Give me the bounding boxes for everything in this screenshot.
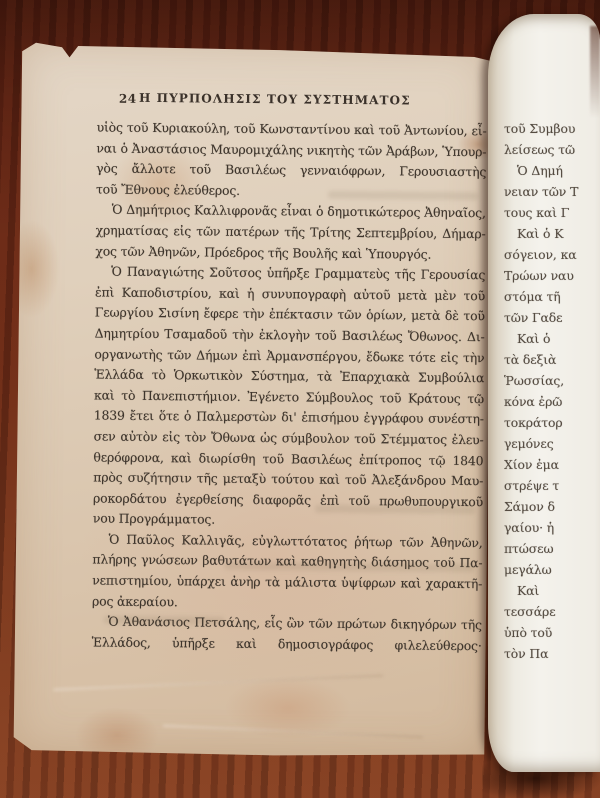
fragment-line: μεγάλω	[504, 559, 600, 580]
fragment-line: Ῥωσσίας,	[504, 370, 600, 391]
fragment-line: τοῦ Συμβου	[504, 118, 600, 139]
fragment-line: σόγειον, κα	[504, 244, 600, 265]
fragment-line: τους καὶ Γ	[504, 202, 600, 223]
text-line: Ἑλλάδος, ὑπῆρξε καὶ δημοσιογράφος φιλελε…	[92, 632, 482, 656]
fragment-line: τὸν Πα	[504, 643, 600, 664]
running-title: Η ΠΥΡΠΟΛΗΣΙΣ ΤΟΥ ΣΥΣΤΗΜΑΤΟΣ	[139, 91, 411, 108]
fragment-line: στρέψε τ	[504, 475, 600, 496]
paragraph: Ὁ Παῦλος Καλλιγᾶς, εὐγλωττότατος ῥήτωρ τ…	[92, 529, 483, 615]
paragraph: Ὁ Δημήτριος Καλλιφρονᾶς εἶναι ὁ δημοτικώ…	[95, 200, 486, 266]
fragment-line: Σάμον δ	[504, 496, 600, 517]
fragment-line: στόμα τῆ	[504, 286, 600, 307]
book-edge-shadow	[590, 26, 600, 118]
showthrough-mark	[328, 191, 478, 200]
paragraph: Ὁ Παναγιώτης Σοῦτσος ὑπῆρξε Γραμματεὺς τ…	[93, 262, 486, 533]
fragment-line: λείσεως τῶ	[504, 139, 600, 160]
facing-page-curl: τοῦ Συμβουλείσεως τῶὉ Δημήνειαν τῶν Ττου…	[488, 14, 600, 772]
fragment-line: κόνα ἐρῶ	[504, 391, 600, 412]
photo-background: { "scene": { "description_colors": { "wo…	[0, 0, 600, 798]
fragment-line: τεσσάρε	[504, 601, 600, 622]
page-number: 24	[119, 92, 137, 106]
page-crease	[53, 675, 383, 691]
page-crease	[163, 725, 423, 739]
fragment-line: γεμόνες	[504, 433, 600, 454]
fragment-line: νειαν τῶν Τ	[504, 181, 600, 202]
facing-page-fragments: τοῦ Συμβουλείσεως τῶὉ Δημήνειαν τῶν Ττου…	[504, 118, 600, 664]
showthrough-mark	[104, 616, 224, 625]
fragment-line: Καὶ	[504, 580, 600, 601]
fragment-line: Τρώων ναυ	[504, 265, 600, 286]
fragment-line: γαίου· ἡ	[504, 517, 600, 538]
fragment-line: Χίον ἐμα	[504, 454, 600, 475]
fragment-line: τοκράτορ	[504, 412, 600, 433]
fragment-line: τὰ δεξιὰ	[504, 349, 600, 370]
fragment-line: Ὁ Δημή	[504, 160, 600, 181]
showthrough-mark	[315, 505, 475, 515]
book-left-page: 24 Η ΠΥΡΠΟΛΗΣΙΣ ΤΟΥ ΣΥΣΤΗΜΑΤΟΣ υἱὸς τοῦ …	[13, 40, 494, 761]
fragment-line: Καὶ ὁ	[504, 328, 600, 349]
fragment-line: ὑπὸ τοῦ	[504, 622, 600, 643]
fragment-line: πτώσεω	[504, 538, 600, 559]
fragment-line: Καὶ ὁ Κ	[504, 223, 600, 244]
fragment-line: τῶν Γαδε	[504, 307, 600, 328]
page-header: 24 Η ΠΥΡΠΟΛΗΣΙΣ ΤΟΥ ΣΥΣΤΗΜΑΤΟΣ	[19, 90, 493, 113]
